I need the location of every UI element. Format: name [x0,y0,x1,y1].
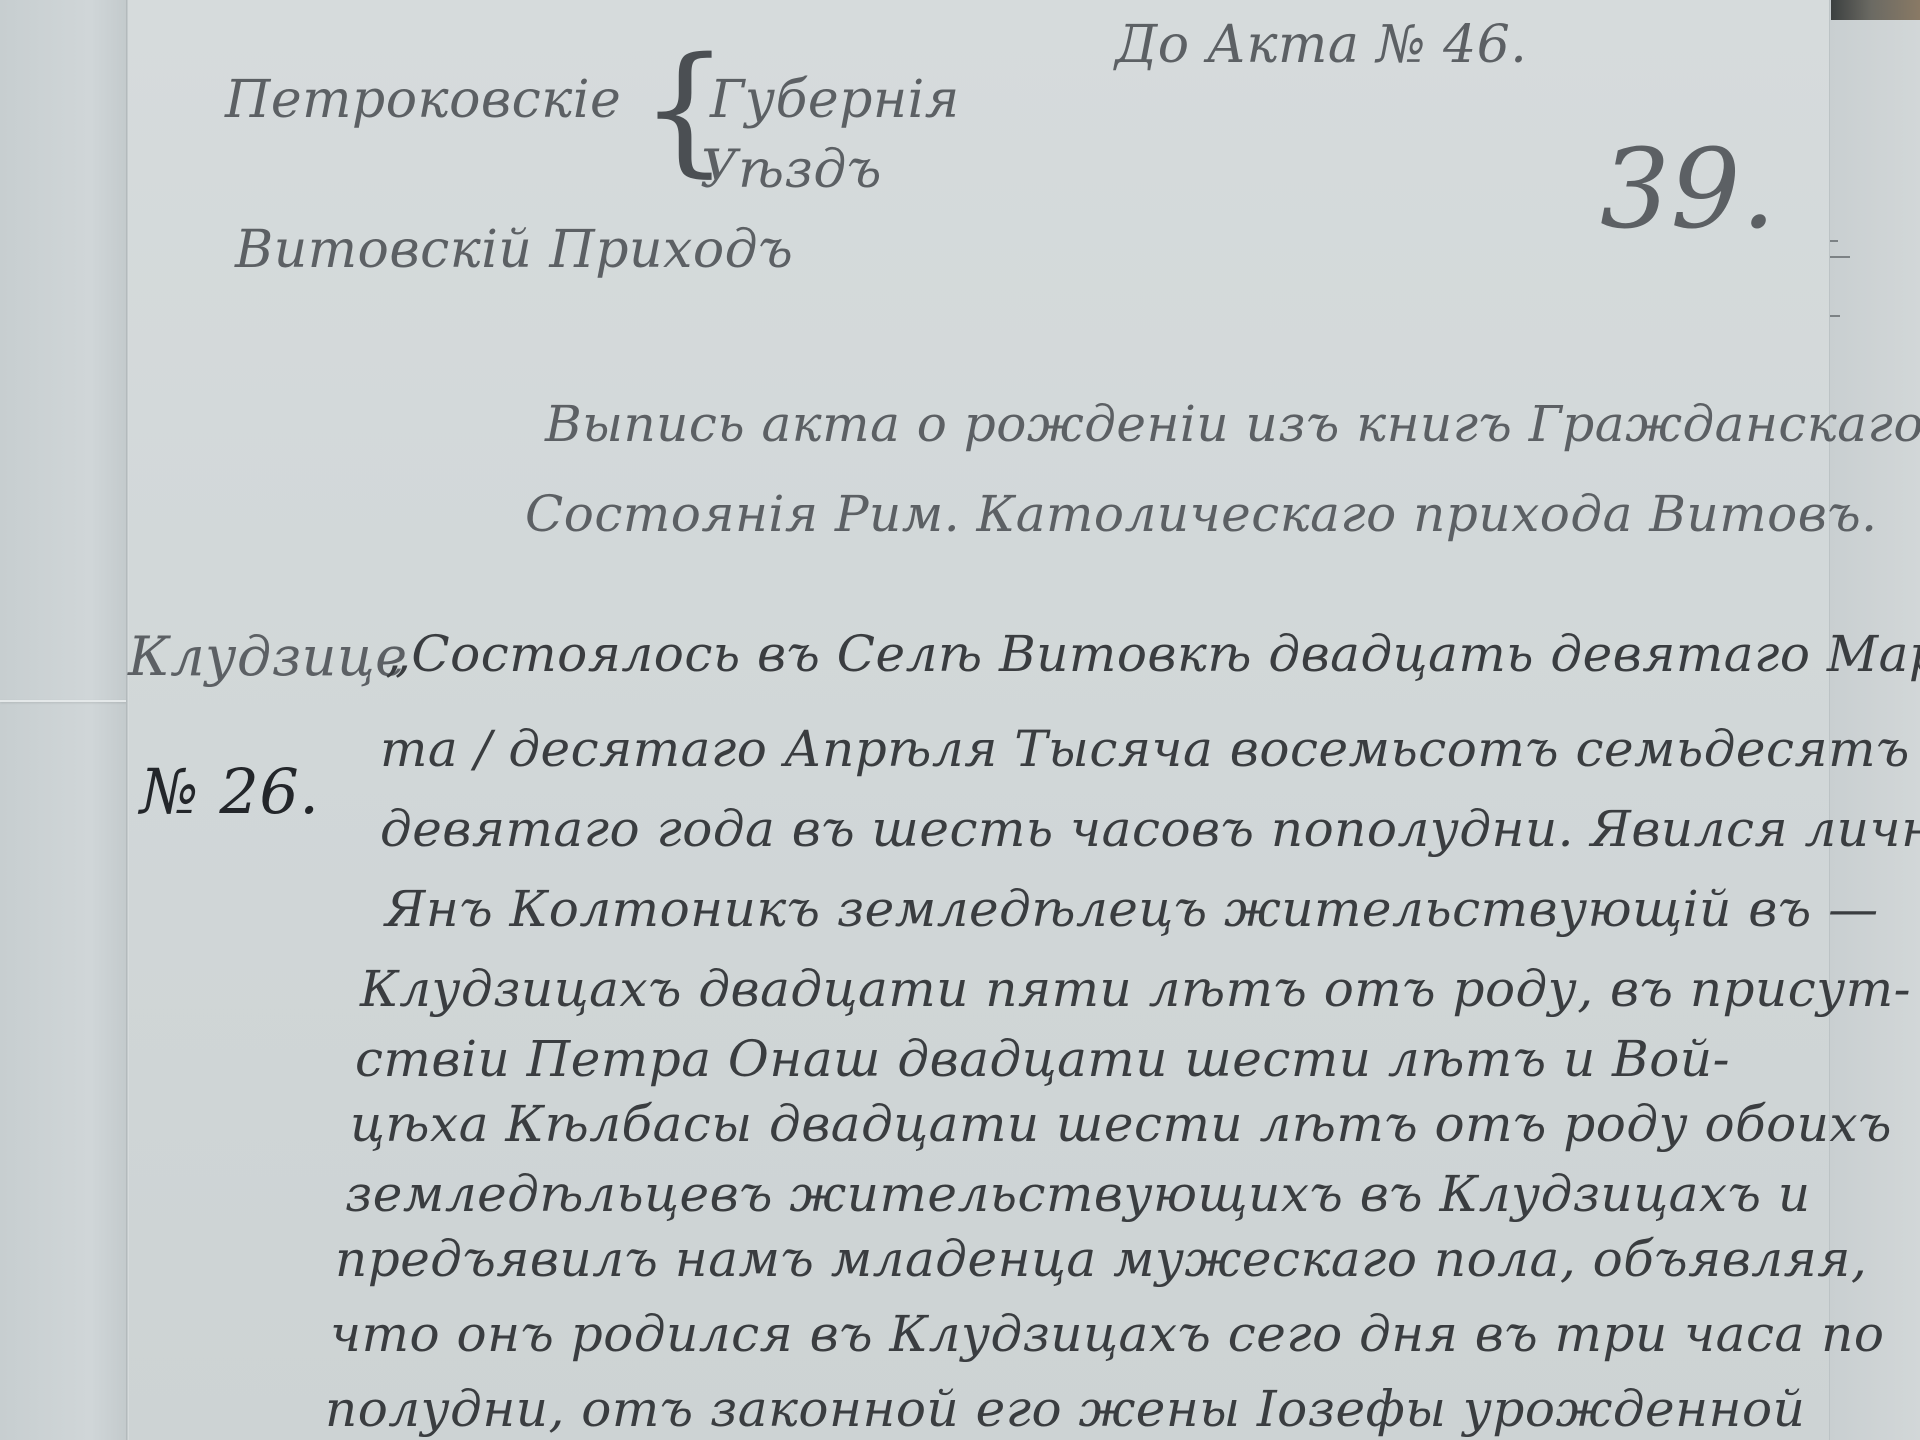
parish-label: Витовскій Приходъ [235,220,793,280]
body-line: предъявилъ намъ младенца мужескаго пола,… [335,1230,1867,1288]
margin-village: Клудзице [128,625,408,688]
document-photo: Петроковскіе { Губернія Уѣздъ Витовскій … [0,0,1920,1440]
page-number: 39. [1600,125,1776,253]
left-page [0,0,130,1440]
page-fold [0,700,130,702]
body-line: Янъ Колтоникъ земледѣлецъ жительствующій… [385,880,1879,938]
body-line: земледѣльцевъ жительствующихъ въ Клудзиц… [345,1165,1811,1223]
province-label: Губернія [710,70,960,130]
body-line: девятаго года въ шесть часовъ пополудни.… [380,800,1920,858]
record-number: № 26. [140,755,319,828]
district-label: Петроковскіе [225,70,621,130]
body-line: „Состоялось въ Селѣ Витовкѣ двадцать дев… [385,625,1920,683]
title-line-2: Состоянія Рим. Католическаго прихода Вит… [525,485,1878,543]
body-line: что онъ родился въ Клудзицахъ сего дня в… [330,1305,1884,1363]
title-line-1: Выпись акта о рожденіи изъ книгъ Граждан… [545,395,1920,453]
body-line: Клудзицахъ двадцати пяти лѣтъ отъ роду, … [360,960,1911,1018]
body-line: та / десятаго Апрѣля Тысяча восемьсотъ с… [380,720,1910,778]
county-label: Уѣздъ [700,140,882,200]
body-line: полудни, отъ законной его жены Іозефы ур… [325,1380,1805,1438]
photo-scrap [1831,0,1920,20]
body-line: ствіи Петра Онаш двадцати шести лѣтъ и В… [355,1030,1730,1088]
body-line: цѣха Кѣлбасы двадцати шести лѣтъ отъ род… [350,1095,1892,1153]
act-reference: До Акта № 46. [1115,15,1527,75]
